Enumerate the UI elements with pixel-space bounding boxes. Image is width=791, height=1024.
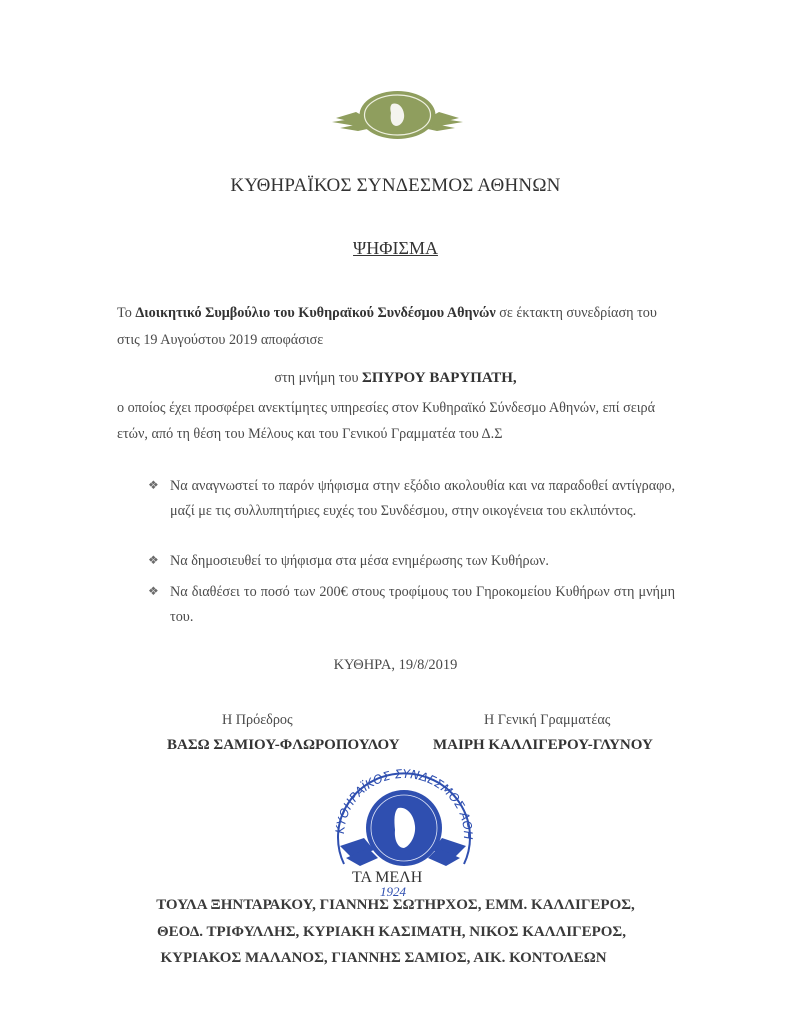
memory-line: στη μνήμη του ΣΠΥΡΟΥ ΒΑΡΥΠΑΤΗ, — [0, 370, 791, 387]
intro-suffix: σε έκτακτη συνεδρίαση του — [496, 305, 657, 321]
intro-prefix: Το — [117, 305, 135, 321]
diamond-bullet-icon: ❖ — [148, 584, 159, 599]
place-and-date: ΚΥΘΗΡΑ, 19/8/2019 — [0, 657, 791, 674]
president-name: ΒΑΣΩ ΣΑΜΙΟΥ-ΦΛΩΡΟΠΟΥΛΟΥ — [167, 737, 400, 754]
olive-emblem-icon — [330, 88, 465, 142]
decision-item: Να διαθέσει το ποσό των 200€ στους τροφί… — [170, 580, 675, 630]
intro-line-2: στις 19 Αυγούστου 2019 αποφάσισε — [117, 332, 323, 349]
secretary-name: ΜΑΙΡΗ ΚΑΛΛΙΓΕΡΟΥ-ΓΛΥΝΟΥ — [433, 737, 653, 754]
service-line-1: ο οποίος έχει προσφέρει ανεκτίμητες υπηρ… — [117, 400, 655, 417]
members-line: ΤΟΥΛΑ ΞΗΝΤΑΡΑΚΟΥ, ΓΙΑΝΝΗΣ ΣΩΤΗΡΧΟΣ, ΕΜΜ.… — [0, 897, 791, 914]
diamond-bullet-icon: ❖ — [148, 553, 159, 568]
secretary-role: Η Γενική Γραμματέας — [484, 712, 610, 729]
decision-item: Να δημοσιευθεί το ψήφισμα στα μέσα ενημέ… — [170, 549, 675, 574]
association-logo — [330, 88, 465, 142]
intro-line-1: Το Διοικητικό Συμβούλιο του Κυθηραϊκού Σ… — [117, 305, 657, 322]
document-title: ΨΗΦΙΣΜΑ — [0, 238, 791, 259]
decision-item: Να αναγνωστεί το παρόν ψήφισμα στην εξόδ… — [170, 474, 675, 524]
diamond-bullet-icon: ❖ — [148, 478, 159, 493]
president-role: Η Πρόεδρος — [222, 712, 293, 729]
service-line-2: ετών, από τη θέση του Μέλους και του Γεν… — [117, 426, 502, 443]
members-line: ΘΕΟΔ. ΤΡΙΦΥΛΛΗΣ, ΚΥΡΙΑΚΗ ΚΑΣΙΜΑΤΗ, ΝΙΚΟΣ… — [0, 924, 787, 941]
organization-title: ΚΥΘΗΡΑΪΚΟΣ ΣΥΝΔΕΣΜΟΣ ΑΘΗΝΩΝ — [0, 175, 791, 197]
board-name: Διοικητικό Συμβούλιο του Κυθηραϊκού Συνδ… — [135, 305, 495, 321]
deceased-name: ΣΠΥΡΟΥ ΒΑΡΥΠΑΤΗ, — [362, 370, 517, 386]
memory-prefix: στη μνήμη του — [274, 370, 362, 386]
members-line: ΚΥΡΙΑΚΟΣ ΜΑΛΑΝΟΣ, ΓΙΑΝΝΗΣ ΣΑΜΙΟΣ, ΑΙΚ. Κ… — [0, 950, 779, 967]
